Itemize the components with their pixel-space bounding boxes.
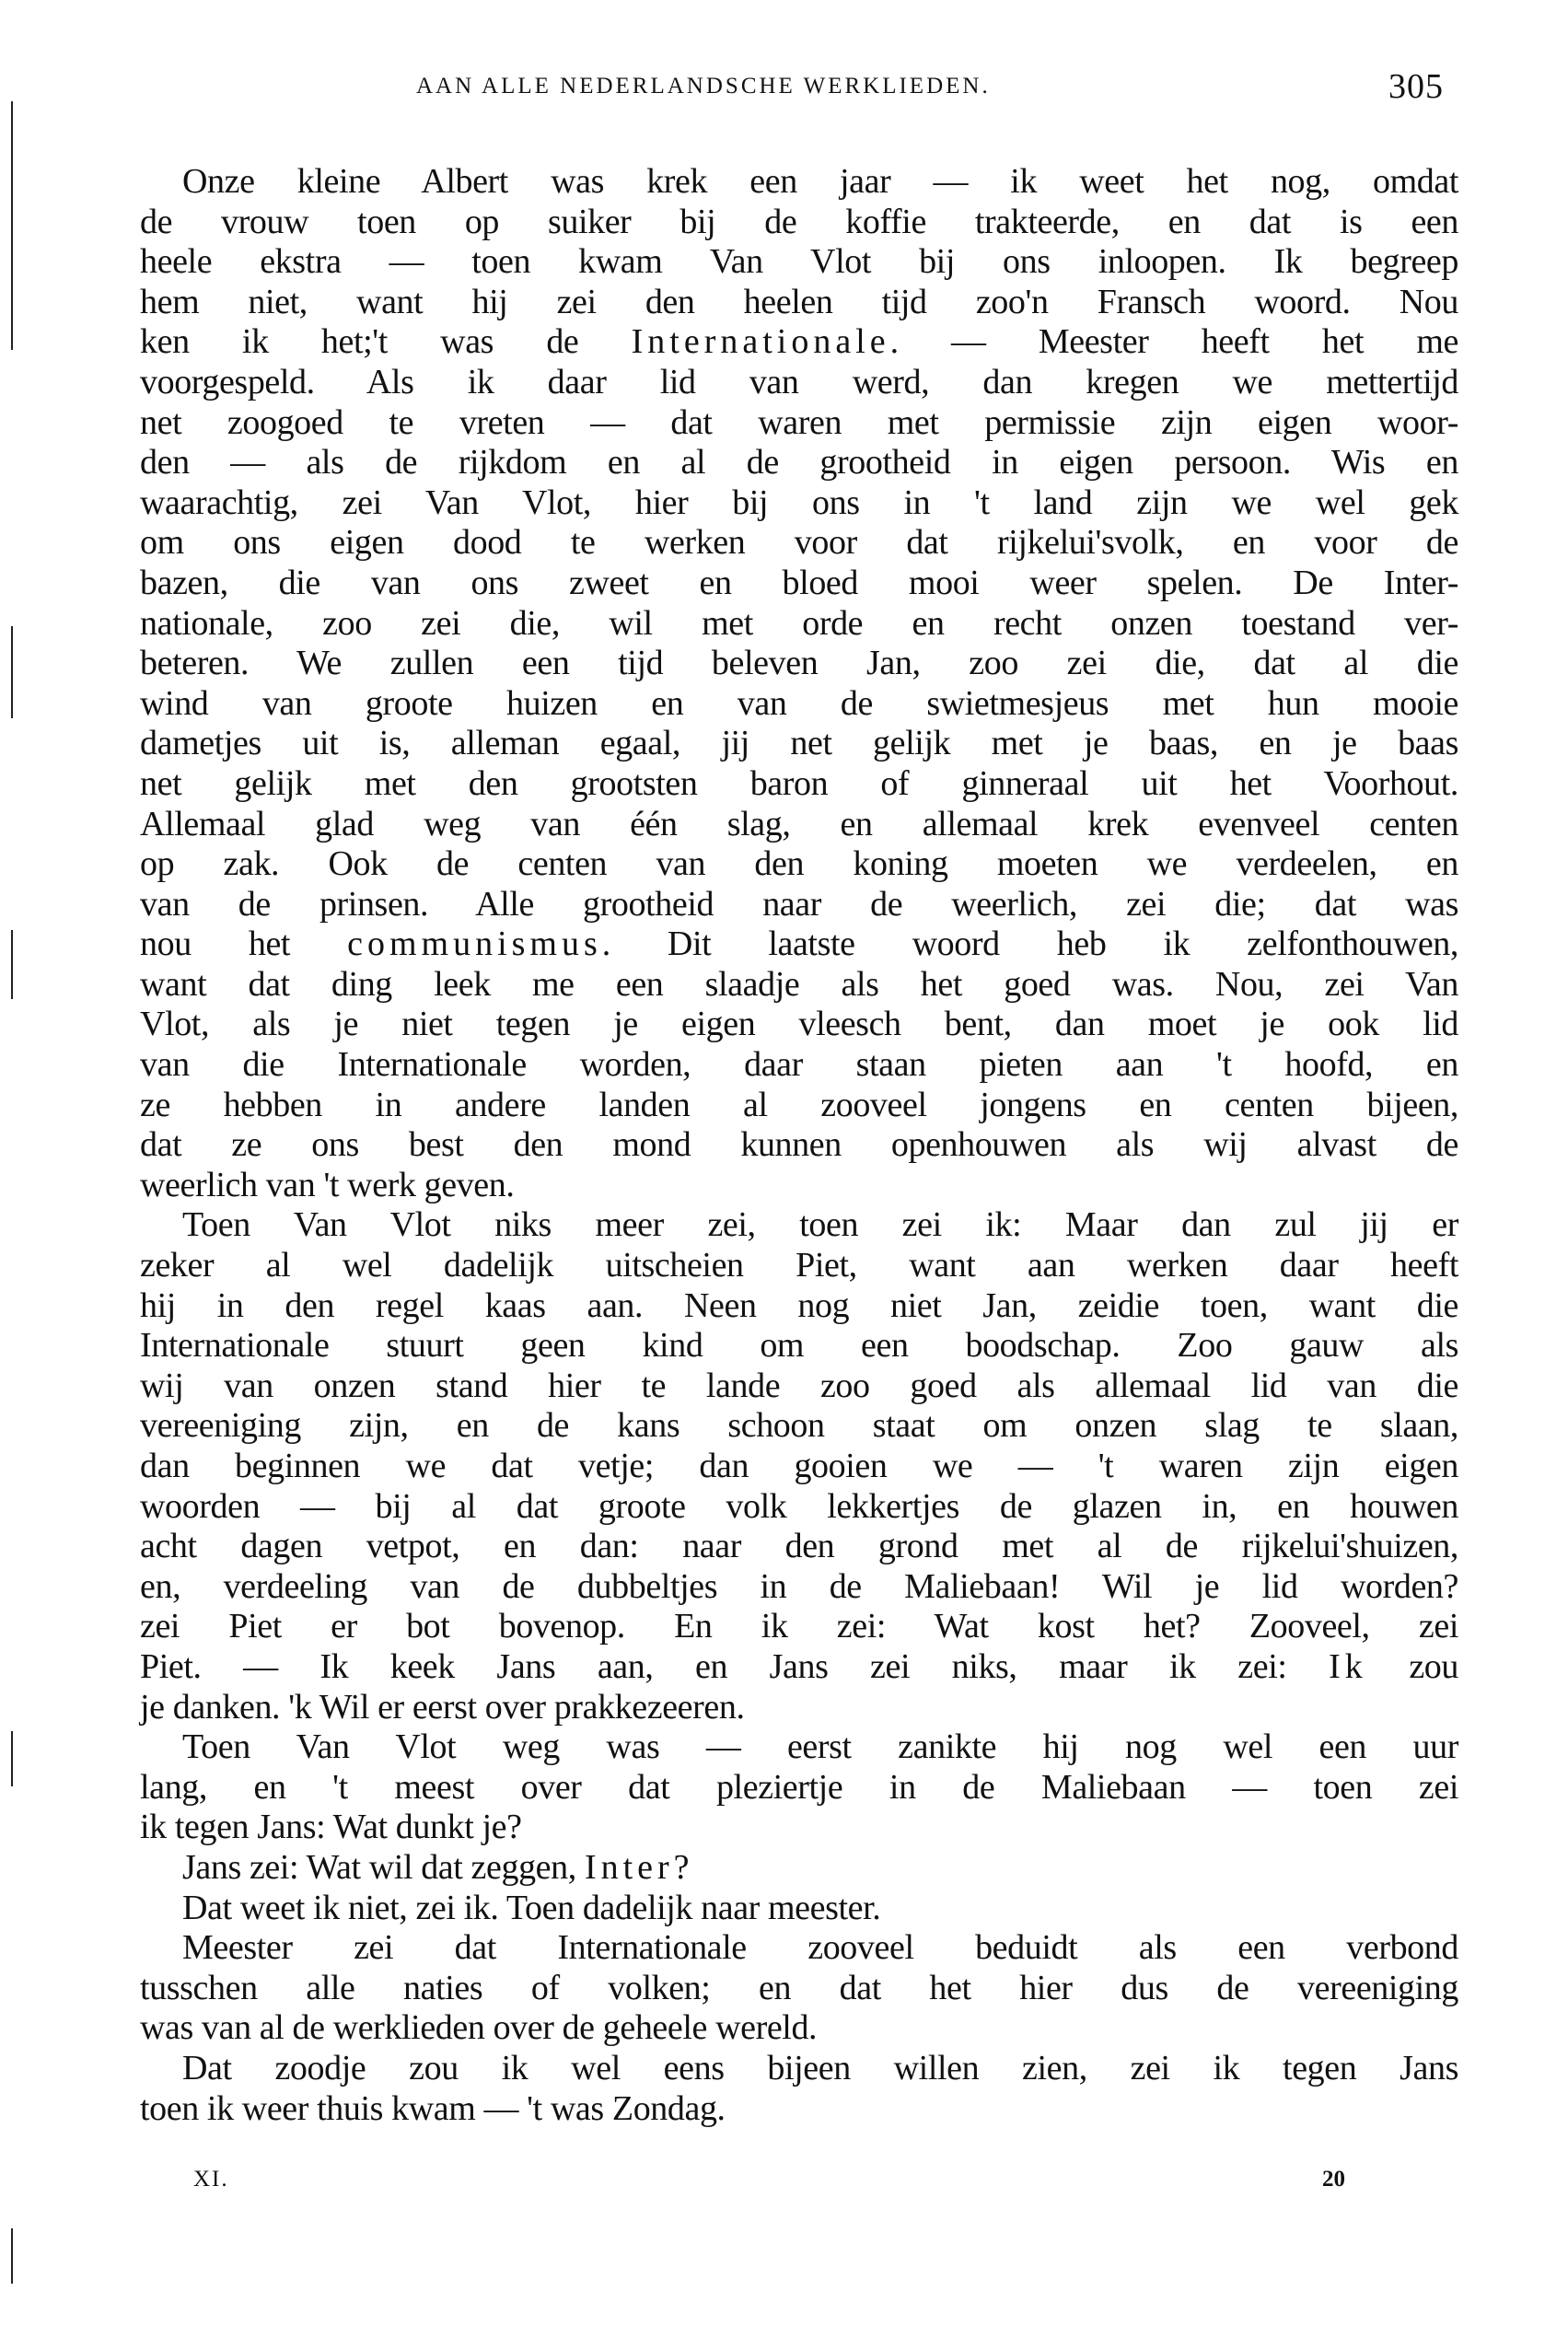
- text-line: Meester zei dat Internationale zooveel b…: [140, 1928, 1458, 1969]
- text-line: dan beginnen we dat vetje; dan gooien we…: [140, 1447, 1458, 1487]
- text-line: net gelijk met den grootsten baron of gi…: [140, 764, 1458, 805]
- text-line: want dat ding leek me een slaadje als he…: [140, 965, 1458, 1006]
- text-line: nou het communismus. Dit laatste woord h…: [140, 924, 1458, 965]
- text-line: zei Piet er bot bovenop. En ik zei: Wat …: [140, 1607, 1458, 1647]
- text-run: . — Meester heeft het me: [890, 322, 1458, 361]
- emphasized-term: Internationale: [632, 322, 890, 361]
- text-run: . Dit laatste woord heb ik zelfonthouwen…: [602, 924, 1458, 963]
- scan-edge-mark: [11, 2228, 13, 2284]
- emphasized-term: communismus: [347, 924, 602, 963]
- text-run: Jans zei: Wat wil dat zeggen,: [182, 1848, 585, 1887]
- text-run: Piet. — Ik keek Jans aan, en Jans zei ni…: [140, 1647, 1329, 1686]
- text-line: van de prinsen. Alle grootheid naar de w…: [140, 885, 1458, 925]
- text-line: Dat weet ik niet, zei ik. Toen dadelijk …: [140, 1889, 1458, 1929]
- scan-edge-mark: [11, 101, 13, 350]
- text-line: Internationale stuurt geen kind om een b…: [140, 1326, 1458, 1366]
- text-line: bazen, die van ons zweet en bloed mooi w…: [140, 564, 1458, 604]
- text-line: woorden — bij al dat groote volk lekkert…: [140, 1487, 1458, 1528]
- text-run: zou: [1367, 1647, 1458, 1686]
- text-line: Jans zei: Wat wil dat zeggen, Inter?: [140, 1848, 1458, 1889]
- text-line: zeker al wel dadelijk uitscheien Piet, w…: [140, 1246, 1458, 1286]
- text-line: Toen Van Vlot weg was — eerst zanikte hi…: [140, 1727, 1458, 1768]
- running-title: AAN ALLE NEDERLANDSCHE WERKLIEDEN.: [416, 74, 991, 99]
- text-line: waarachtig, zei Van Vlot, hier bij ons i…: [140, 483, 1458, 524]
- text-line: en, verdeeling van de dubbeltjes in de M…: [140, 1567, 1458, 1608]
- scan-edge-mark: [11, 626, 13, 718]
- text-line: ik tegen Jans: Wat dunkt je?: [140, 1808, 1458, 1848]
- text-line: weerlich van 't werk geven.: [140, 1166, 1458, 1206]
- text-line: vereeniging zijn, en de kans schoon staa…: [140, 1406, 1458, 1447]
- text-line: heele ekstra — toen kwam Van Vlot bij on…: [140, 242, 1458, 283]
- text-run: nou het: [140, 924, 347, 963]
- text-line: ken ik het;'t was de Internationale. — M…: [140, 322, 1458, 363]
- text-line: toen ik weer thuis kwam — 't was Zondag.: [140, 2089, 1458, 2130]
- text-line: van die Internationale worden, daar staa…: [140, 1045, 1458, 1086]
- text-line: Piet. — Ik keek Jans aan, en Jans zei ni…: [140, 1647, 1458, 1688]
- text-line: Onze kleine Albert was krek een jaar — i…: [140, 162, 1458, 203]
- text-line: dametjes uit is, alleman egaal, jij net …: [140, 724, 1458, 764]
- body-text: Onze kleine Albert was krek een jaar — i…: [140, 162, 1458, 2129]
- text-line: voorgespeld. Als ik daar lid van werd, d…: [140, 363, 1458, 403]
- text-line: de vrouw toen op suiker bij de koffie tr…: [140, 203, 1458, 243]
- text-run: ?: [674, 1848, 689, 1887]
- text-line: Dat zoodje zou ik wel eens bijeen willen…: [140, 2049, 1458, 2089]
- text-line: was van al de werklieden over de geheele…: [140, 2008, 1458, 2049]
- signature-mark: XI.: [193, 2167, 229, 2192]
- text-line: om ons eigen dood te werken voor dat rij…: [140, 523, 1458, 564]
- text-line: wind van groote huizen en van de swietme…: [140, 684, 1458, 725]
- text-line: dat ze ons best den mond kunnen openhouw…: [140, 1125, 1458, 1166]
- emphasized-term: Ik: [1329, 1647, 1367, 1686]
- text-line: op zak. Ook de centen van den koning moe…: [140, 844, 1458, 885]
- text-line: nationale, zoo zei die, wil met orde en …: [140, 604, 1458, 645]
- text-line: je danken. 'k Wil er eerst over prakkeze…: [140, 1688, 1458, 1728]
- text-line: Toen Van Vlot niks meer zei, toen zei ik…: [140, 1205, 1458, 1246]
- text-line: lang, en 't meest over dat pleziertje in…: [140, 1768, 1458, 1808]
- text-line: den — als de rijkdom en al de grootheid …: [140, 443, 1458, 483]
- text-line: net zoogoed te vreten — dat waren met pe…: [140, 403, 1458, 444]
- text-line: tusschen alle naties of volken; en dat h…: [140, 1969, 1458, 2009]
- text-run: ken ik het;'t was de: [140, 322, 632, 361]
- text-line: beteren. We zullen een tijd beleven Jan,…: [140, 644, 1458, 684]
- text-line: Vlot, als je niet tegen je eigen vleesch…: [140, 1005, 1458, 1045]
- text-line: acht dagen vetpot, en dan: naar den gron…: [140, 1527, 1458, 1567]
- running-head: AAN ALLE NEDERLANDSCHE WERKLIEDEN. 305: [0, 66, 1568, 112]
- text-line: wij van onzen stand hier te lande zoo go…: [140, 1366, 1458, 1407]
- text-line: ze hebben in andere landen al zooveel jo…: [140, 1086, 1458, 1126]
- text-line: Allemaal glad weg van één slag, en allem…: [140, 805, 1458, 845]
- text-line: hem niet, want hij zei den heelen tijd z…: [140, 283, 1458, 323]
- text-line: hij in den regel kaas aan. Neen nog niet…: [140, 1286, 1458, 1327]
- scan-edge-mark: [11, 930, 13, 999]
- scan-edge-mark: [11, 1731, 13, 1786]
- emphasized-term: Inter: [585, 1848, 674, 1887]
- page-footer: XI. 20: [0, 2167, 1568, 2204]
- page-number: 305: [1388, 66, 1444, 107]
- sheet-number: 20: [1322, 2167, 1345, 2192]
